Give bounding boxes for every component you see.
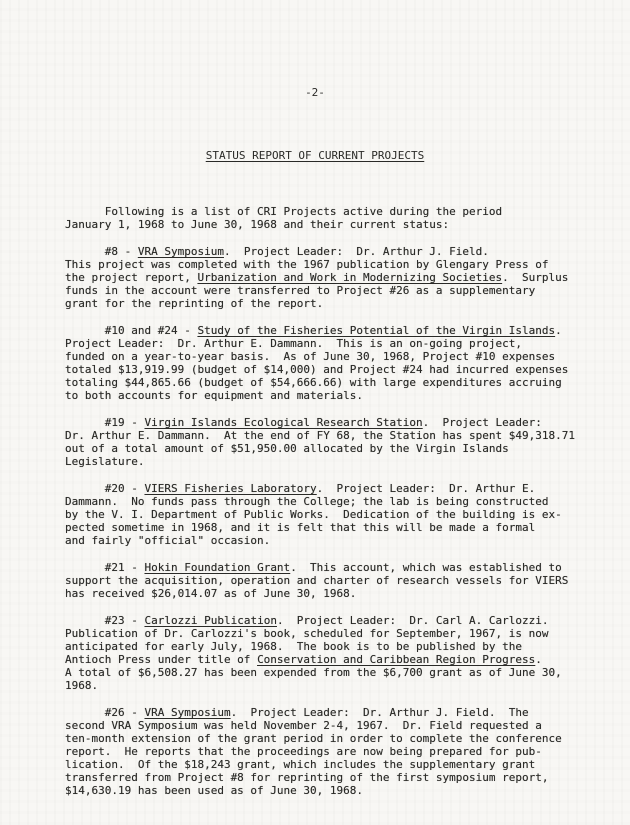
text-segment: #23 -: [65, 614, 144, 627]
scanned-document-page: -2- STATUS REPORT OF CURRENT PROJECTS Fo…: [0, 0, 630, 825]
text-segment: #20 -: [65, 482, 144, 495]
text-line: totaled $13,919.99 (budget of $14,000) a…: [65, 363, 630, 376]
document-title-text: STATUS REPORT OF CURRENT PROJECTS: [206, 149, 425, 162]
text-segment: funded on a year-to-year basis. As of Ju…: [65, 350, 555, 363]
text-segment: Dr. Arthur E. Dammann. At the end of FY …: [65, 429, 575, 442]
document-body: Following is a list of CRI Projects acti…: [65, 205, 630, 797]
text-segment: pected sometime in 1968, and it is felt …: [65, 521, 535, 534]
text-segment: . Project Leader: Dr. Arthur J. Field. T…: [231, 706, 529, 719]
text-segment: report. He reports that the proceedings …: [65, 745, 542, 758]
text-segment: #8 -: [65, 245, 138, 258]
text-line: January 1, 1968 to June 30, 1968 and the…: [65, 218, 630, 231]
text-segment: and fairly "official" occasion.: [65, 534, 270, 547]
text-line: ten-month extension of the grant period …: [65, 732, 630, 745]
document-header: -2- STATUS REPORT OF CURRENT PROJECTS: [0, 0, 630, 188]
text-segment: Antioch Press under title of: [65, 653, 257, 666]
paragraph: #26 - VRA Symposium. Project Leader: Dr.…: [65, 706, 630, 797]
text-line: #19 - Virgin Islands Ecological Research…: [65, 416, 630, 429]
page-number: -2-: [0, 86, 630, 99]
text-segment: . Surplus: [502, 271, 568, 284]
text-segment: Legislature.: [65, 455, 144, 468]
text-line: report. He reports that the proceedings …: [65, 745, 630, 758]
paragraph: #21 - Hokin Foundation Grant. This accou…: [65, 561, 630, 600]
text-line: A total of $6,508.27 has been expended f…: [65, 666, 630, 679]
underlined-text-segment: VIERS Fisheries Laboratory: [144, 482, 316, 495]
text-segment: $14,630.19 has been used as of June 30, …: [65, 784, 363, 797]
text-segment: the project report,: [65, 271, 197, 284]
text-line: Project Leader: Dr. Arthur E. Dammann. T…: [65, 337, 630, 350]
text-line: #26 - VRA Symposium. Project Leader: Dr.…: [65, 706, 630, 719]
underlined-text-segment: Study of the Fisheries Potential of the …: [197, 324, 555, 337]
text-line: #20 - VIERS Fisheries Laboratory. Projec…: [65, 482, 630, 495]
text-segment: . Project Leader: Dr. Arthur J. Field.: [224, 245, 489, 258]
text-line: funded on a year-to-year basis. As of Ju…: [65, 350, 630, 363]
text-line: This project was completed with the 1967…: [65, 258, 630, 271]
text-segment: out of a total amount of $51,950.00 allo…: [65, 442, 509, 455]
text-segment: .: [555, 324, 562, 337]
text-segment: by the V. I. Department of Public Works.…: [65, 508, 562, 521]
text-segment: #19 -: [65, 416, 144, 429]
text-segment: #26 -: [65, 706, 144, 719]
text-segment: Project Leader: Dr. Arthur E. Dammann. T…: [65, 337, 522, 350]
paragraph: #10 and #24 - Study of the Fisheries Pot…: [65, 324, 630, 402]
text-segment: This project was completed with the 1967…: [65, 258, 548, 271]
text-segment: #10 and #24 -: [65, 324, 197, 337]
text-line: grant for the reprinting of the report.: [65, 297, 630, 310]
text-segment: totaled $13,919.99 (budget of $14,000) a…: [65, 363, 568, 376]
text-line: pected sometime in 1968, and it is felt …: [65, 521, 630, 534]
text-segment: January 1, 1968 to June 30, 1968 and the…: [65, 218, 449, 231]
text-segment: lication. Of the $18,243 grant, which in…: [65, 758, 535, 771]
text-segment: grant for the reprinting of the report.: [65, 297, 323, 310]
text-segment: #21 -: [65, 561, 144, 574]
text-line: #23 - Carlozzi Publication. Project Lead…: [65, 614, 630, 627]
text-line: second VRA Symposium was held November 2…: [65, 719, 630, 732]
text-line: and fairly "official" occasion.: [65, 534, 630, 547]
text-segment: Dammann. No funds pass through the Colle…: [65, 495, 548, 508]
text-segment: ten-month extension of the grant period …: [65, 732, 562, 745]
text-segment: Publication of Dr. Carlozzi's book, sche…: [65, 627, 548, 640]
underlined-text-segment: Virgin Islands Ecological Research Stati…: [144, 416, 422, 429]
text-line: Legislature.: [65, 455, 630, 468]
underlined-text-segment: Carlozzi Publication: [144, 614, 276, 627]
text-line: the project report, Urbanization and Wor…: [65, 271, 630, 284]
text-line: $14,630.19 has been used as of June 30, …: [65, 784, 630, 797]
paragraph: #20 - VIERS Fisheries Laboratory. Projec…: [65, 482, 630, 547]
text-line: Dr. Arthur E. Dammann. At the end of FY …: [65, 429, 630, 442]
text-line: Following is a list of CRI Projects acti…: [65, 205, 630, 218]
document-title: STATUS REPORT OF CURRENT PROJECTS: [0, 149, 630, 162]
paragraph: #8 - VRA Symposium. Project Leader: Dr. …: [65, 245, 630, 310]
text-segment: . This account, which was established to: [290, 561, 562, 574]
text-segment: to both accounts for equipment and mater…: [65, 389, 363, 402]
text-segment: . Project Leader: Dr. Arthur E.: [317, 482, 536, 495]
text-segment: totaling $44,865.66 (budget of $54,666.6…: [65, 376, 562, 389]
underlined-text-segment: Conservation and Caribbean Region Progre…: [257, 653, 535, 666]
text-segment: A total of $6,508.27 has been expended f…: [65, 666, 562, 679]
text-segment: Following is a list of CRI Projects acti…: [65, 205, 502, 218]
text-line: anticipated for early July, 1968. The bo…: [65, 640, 630, 653]
underlined-text-segment: VRA Symposium: [144, 706, 230, 719]
text-segment: 1968.: [65, 679, 98, 692]
text-segment: . Project Leader: Dr. Carl A. Carlozzi.: [277, 614, 549, 627]
text-line: support the acquisition, operation and c…: [65, 574, 630, 587]
text-line: by the V. I. Department of Public Works.…: [65, 508, 630, 521]
text-line: #10 and #24 - Study of the Fisheries Pot…: [65, 324, 630, 337]
underlined-text-segment: VRA Symposium: [138, 245, 224, 258]
text-line: #21 - Hokin Foundation Grant. This accou…: [65, 561, 630, 574]
text-segment: transferred from Project #8 for reprinti…: [65, 771, 548, 784]
text-segment: funds in the account were transferred to…: [65, 284, 535, 297]
text-line: 1968.: [65, 679, 630, 692]
text-line: funds in the account were transferred to…: [65, 284, 630, 297]
text-line: totaling $44,865.66 (budget of $54,666.6…: [65, 376, 630, 389]
text-segment: . Project Leader:: [423, 416, 542, 429]
text-line: out of a total amount of $51,950.00 allo…: [65, 442, 630, 455]
text-line: to both accounts for equipment and mater…: [65, 389, 630, 402]
underlined-text-segment: Hokin Foundation Grant: [144, 561, 290, 574]
text-line: lication. Of the $18,243 grant, which in…: [65, 758, 630, 771]
text-line: #8 - VRA Symposium. Project Leader: Dr. …: [65, 245, 630, 258]
paragraph: #19 - Virgin Islands Ecological Research…: [65, 416, 630, 468]
text-segment: second VRA Symposium was held November 2…: [65, 719, 542, 732]
paragraph: Following is a list of CRI Projects acti…: [65, 205, 630, 231]
text-line: Antioch Press under title of Conservatio…: [65, 653, 630, 666]
text-segment: has received $26,014.07 as of June 30, 1…: [65, 587, 356, 600]
underlined-text-segment: Urbanization and Work in Modernizing Soc…: [197, 271, 502, 284]
text-segment: .: [535, 653, 542, 666]
text-line: has received $26,014.07 as of June 30, 1…: [65, 587, 630, 600]
text-line: transferred from Project #8 for reprinti…: [65, 771, 630, 784]
paragraph: #23 - Carlozzi Publication. Project Lead…: [65, 614, 630, 692]
text-line: Publication of Dr. Carlozzi's book, sche…: [65, 627, 630, 640]
text-line: Dammann. No funds pass through the Colle…: [65, 495, 630, 508]
text-segment: anticipated for early July, 1968. The bo…: [65, 640, 522, 653]
text-segment: support the acquisition, operation and c…: [65, 574, 568, 587]
